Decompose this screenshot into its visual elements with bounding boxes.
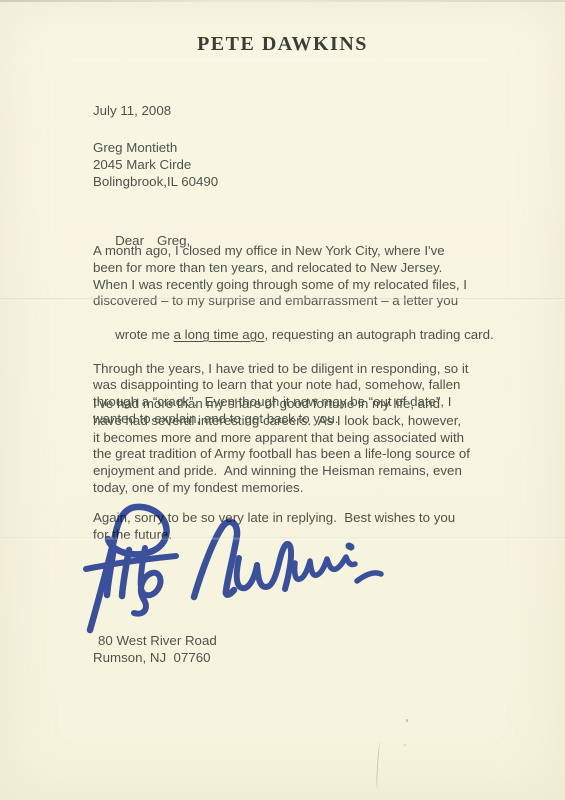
scanned-letter-page: PETE DAWKINS July 11, 2008 Greg Montieth… [0,0,565,800]
letterhead-name: PETE DAWKINS [197,33,368,55]
text-line: When I was recently going through some o… [93,277,494,294]
handwritten-signature-autograph [58,496,388,636]
text-line: have had several interesting careers. As… [93,413,470,430]
paragraph-2: I've had more than my share of good fort… [93,396,470,497]
scan-edge-artifact [0,0,565,2]
sender-city: Rumson, NJ 07760 [93,650,217,667]
letterhead: PETE DAWKINS [0,33,565,56]
text-line-with-underline: wrote me a long time ago, requesting an … [93,310,494,360]
scan-artifact-mark [376,742,382,788]
recipient-city: Bolingbrook,IL 60490 [93,174,218,191]
sender-street: 80 West River Road [93,633,217,650]
date-text: July 11, 2008 [93,103,171,120]
date-line: July 11, 2008 [93,103,171,120]
text-segment: wrote me [115,327,173,342]
text-line: discovered – to my surprise and embarras… [93,293,494,310]
text-line: Through the years, I have tried to be di… [93,361,494,378]
underlined-phrase: a long time ago [174,327,265,342]
text-line: I've had more than my share of good fort… [93,396,470,413]
recipient-name: Greg Montieth [93,140,218,157]
text-line: it becomes more and more apparent that b… [93,430,470,447]
scan-speck [404,744,406,746]
text-line: was disappointing to learn that your not… [93,377,494,394]
recipient-street: 2045 Mark Cirde [93,157,218,174]
text-line: been for more than ten years, and reloca… [93,260,494,277]
recipient-address: Greg Montieth 2045 Mark Cirde Bolingbroo… [93,140,218,190]
text-line: A month ago, I closed my office in New Y… [93,243,494,260]
scan-speck [406,719,408,722]
text-line: today, one of my fondest memories. [93,480,470,497]
text-segment: , requesting an autograph trading card. [265,327,494,342]
sender-address: 80 West River Road Rumson, NJ 07760 [93,633,217,667]
text-line: enjoyment and pride. And winning the Hei… [93,463,470,480]
text-line: the great tradition of Army football has… [93,446,470,463]
